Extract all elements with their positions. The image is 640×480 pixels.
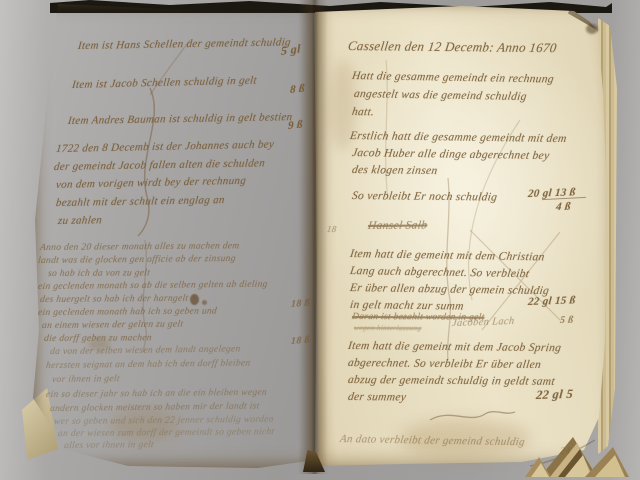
manuscript-line: an einem wiesen der gelten zu gelt xyxy=(41,320,183,331)
side-note: Jacoben Lach xyxy=(452,316,515,329)
page-heading: Cassellen den 12 Decemb: Anno 1670 xyxy=(347,38,558,56)
manuscript-line: der summey xyxy=(347,391,407,404)
margin-amount: 4 ß xyxy=(555,200,571,213)
margin-amount: 5 gl xyxy=(281,41,301,59)
margin-amount: 18 ß xyxy=(291,334,310,347)
margin-amount: 8 ß xyxy=(290,83,305,96)
manuscript-line: abgerechnet. So verbleibt Er über allen xyxy=(347,357,542,371)
crossed-heading: Hansel Salb xyxy=(367,219,428,232)
manuscript-line: an der wiesen zum dorff der gemeindt so … xyxy=(57,427,274,439)
margin-amount: 5 ß xyxy=(560,315,574,326)
crossed-subline: wegen hinterlassung xyxy=(353,323,422,332)
manuscript-line: in gelt macht zur summ xyxy=(349,299,464,313)
manuscript-line: so hab ich da von zu gelt xyxy=(47,268,150,279)
manuscript-line: So verbleibt Er noch schuldig xyxy=(351,190,498,204)
manuscript-line: zu zahlen xyxy=(57,214,102,227)
manuscript-line: die dorff geben zu machen xyxy=(43,333,152,344)
manuscript-photo: Item ist Hans Schellen der gemeindt schu… xyxy=(0,0,640,480)
manuscript-line: Anno den 20 dieser monath alles zu mache… xyxy=(39,241,240,253)
margin-amount: 22 gl 5 xyxy=(535,387,573,403)
manuscript-line: ein geclenden monath hab ich so geben un… xyxy=(37,306,217,318)
margin-amount: 24 xyxy=(560,446,572,457)
manuscript-line: des klogen zinsen xyxy=(351,164,438,177)
manuscript-line: landt was die glocken gen officie ab der… xyxy=(37,254,236,266)
manuscript-line: vor ihnen in gelt xyxy=(51,374,120,385)
fanned-page-corners xyxy=(525,423,635,479)
manuscript-line: Item hatt die gemeint mit dem Jacob Spri… xyxy=(347,340,562,354)
margin-note: 18 xyxy=(326,224,337,234)
manuscript-line: des huergelt so hab ich der harngelt xyxy=(39,294,188,305)
margin-amount: 18 ß xyxy=(291,297,310,310)
margin-amount: 22 gl 15 ß xyxy=(527,294,576,308)
manuscript-line: alles vor ihnen in gelt xyxy=(63,440,154,451)
manuscript-line: abzug der gemeindt schuldig in geldt sam… xyxy=(347,374,556,388)
margin-amount: 9 ß xyxy=(288,119,303,132)
manuscript-line: hatt. xyxy=(351,106,375,118)
